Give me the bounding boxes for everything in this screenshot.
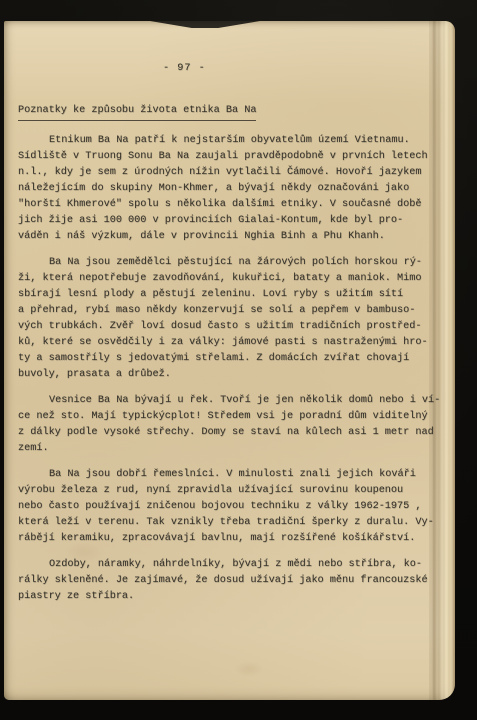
paragraph-4: Ba Na jsou dobří řemeslníci. V minulosti… bbox=[18, 467, 438, 547]
paragraph-2: Ba Na jsou zemědělci pěstující na žárový… bbox=[18, 255, 438, 383]
book-page: - 97 - Poznatky ke způsobu života etnika… bbox=[4, 21, 455, 700]
paragraph-3: Vesnice Ba Na bývají u řek. Tvoří je jen… bbox=[18, 393, 438, 457]
scanned-photo-background: - 97 - Poznatky ke způsobu života etnika… bbox=[0, 0, 477, 720]
document-title: Poznatky ke způsobu života etnika Ba Na bbox=[18, 103, 256, 121]
paper-stain bbox=[234, 661, 264, 677]
paragraph-1: Etnikum Ba Na patří k nejstarším obyvate… bbox=[18, 133, 438, 245]
page-number: - 97 - bbox=[18, 61, 438, 77]
page-content: - 97 - Poznatky ke způsobu života etnika… bbox=[18, 21, 438, 615]
paragraph-5: Ozdoby, náramky, náhrdelníky, bývají z m… bbox=[18, 557, 438, 605]
